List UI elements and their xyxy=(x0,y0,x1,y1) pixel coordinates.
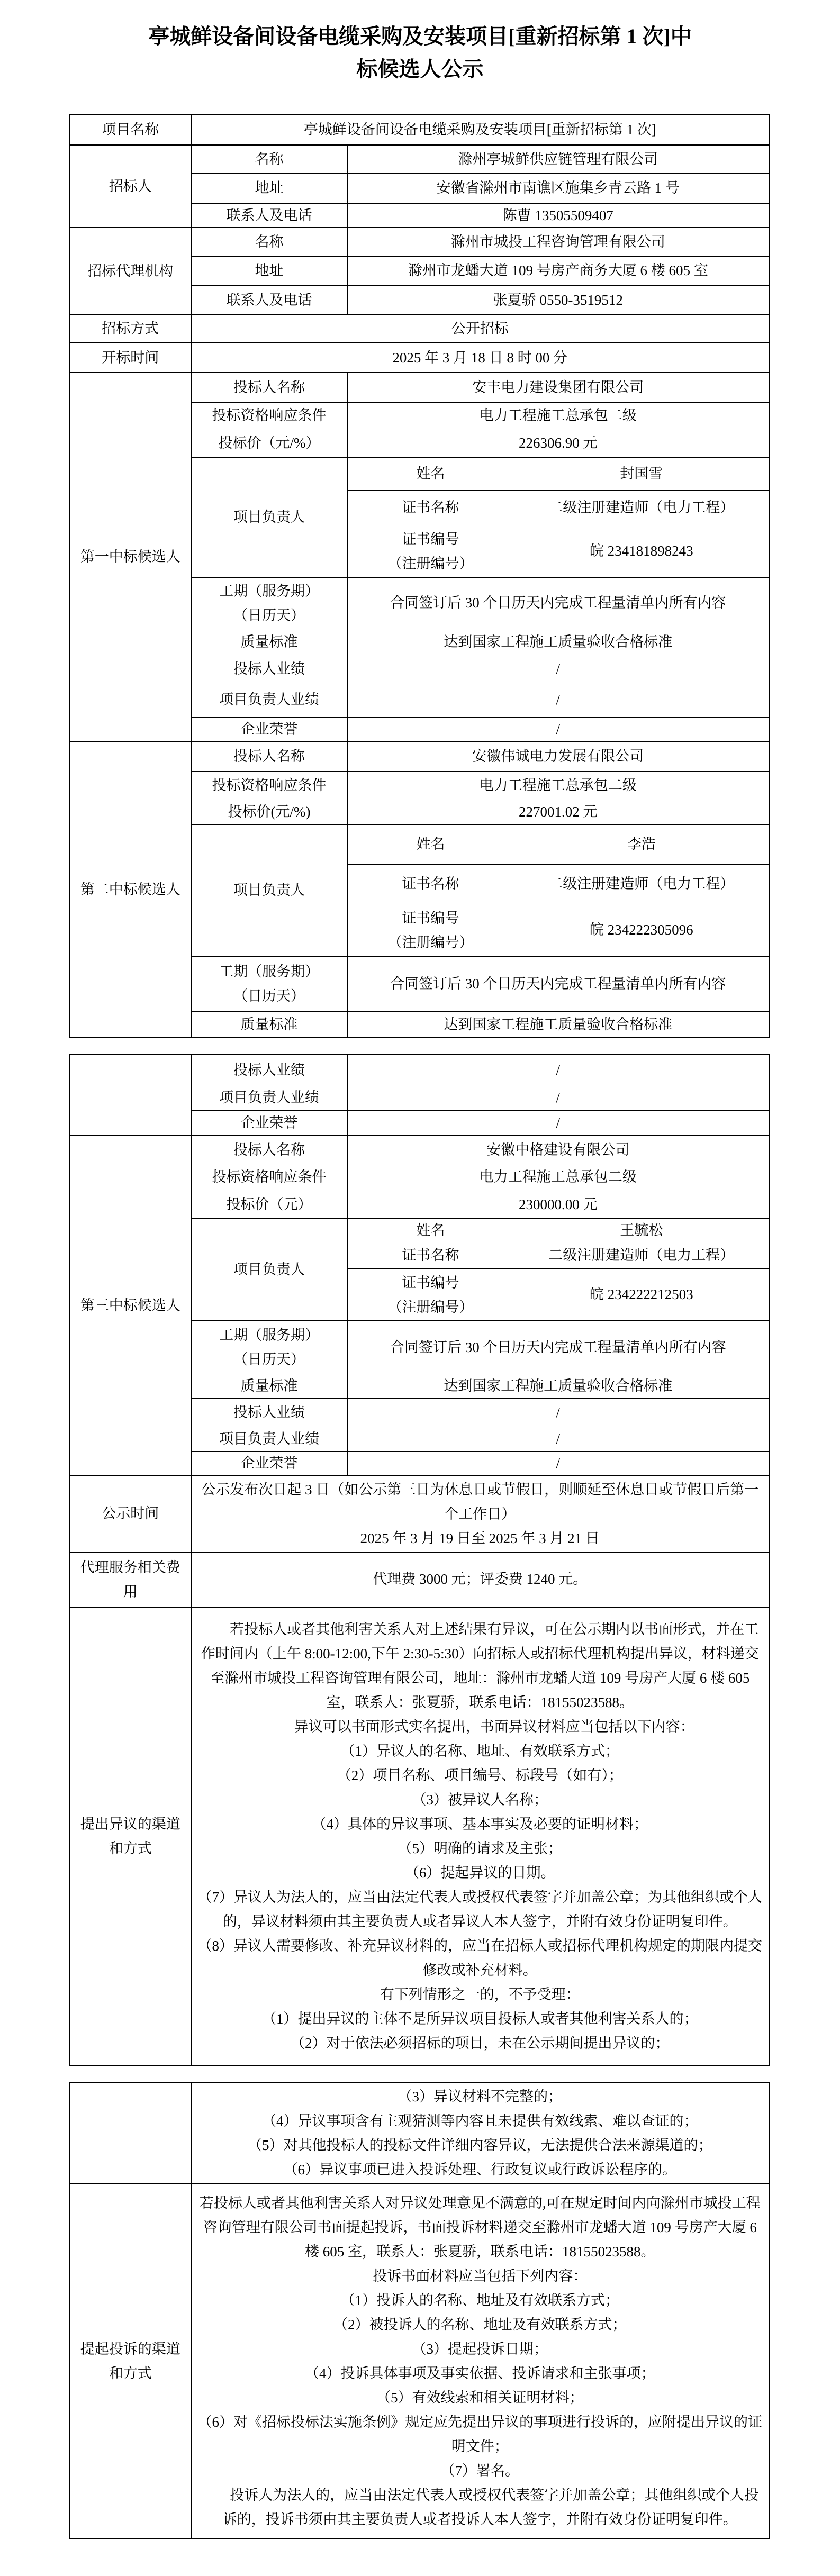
c3-quality-label: 质量标准 xyxy=(191,1374,347,1399)
c2-bidder-name-label: 投标人名称 xyxy=(191,741,347,771)
c1-manager-perf-value: / xyxy=(347,683,769,717)
c1-duration-value: 合同签订后 30 个日历天内完成工程量清单内所有内容 xyxy=(347,577,769,629)
candidate-2-continued-empty-cell xyxy=(69,1055,191,1136)
c1-honor-label: 企业荣誉 xyxy=(191,717,347,741)
c2-honor-label: 企业荣誉 xyxy=(191,1110,347,1136)
agency-section-label: 招标代理机构 xyxy=(69,228,191,315)
bid-announcement-document: 亭城鲜设备间设备电缆采购及安装项目[重新招标第 1 次]中标候选人公示 项目名称… xyxy=(0,0,840,2576)
c3-price-value: 230000.00 元 xyxy=(347,1191,769,1218)
tenderer-name-label: 名称 xyxy=(191,145,347,173)
method-label: 招标方式 xyxy=(69,315,191,343)
method-value: 公开招标 xyxy=(191,315,769,343)
c3-bidder-name-value: 安徽中格建设有限公司 xyxy=(347,1136,769,1164)
c1-cert-name-value: 二级注册建造师（电力工程） xyxy=(514,490,769,525)
c2-manager-perf-label: 项目负责人业绩 xyxy=(191,1085,347,1110)
agency-name-label: 名称 xyxy=(191,228,347,256)
c1-qualification-value: 电力工程施工总承包二级 xyxy=(347,402,769,429)
c3-bidder-perf-label: 投标人业绩 xyxy=(191,1399,347,1427)
c2-duration-label: 工期（服务期）（日历天） xyxy=(191,956,347,1011)
c3-manager-perf-label: 项目负责人业绩 xyxy=(191,1427,347,1452)
c2-cert-no-value: 皖 234222305096 xyxy=(514,904,769,956)
c3-duration-value: 合同签订后 30 个日历天内完成工程量清单内所有内容 xyxy=(347,1321,769,1374)
c3-duration-label: 工期（服务期）（日历天） xyxy=(191,1321,347,1374)
c1-manager-name-value: 封国雪 xyxy=(514,457,769,490)
c2-qualification-value: 电力工程施工总承包二级 xyxy=(347,771,769,800)
main-table-1: 项目名称 亭城鲜设备间设备电缆采购及安装项目[重新招标第 1 次] 招标人 名称… xyxy=(69,114,770,1038)
agency-contact-label: 联系人及电话 xyxy=(191,285,347,315)
c1-manager-name-label: 姓名 xyxy=(347,457,514,490)
agency-fee-value: 代理费 3000 元；评委费 1240 元。 xyxy=(191,1552,769,1607)
c2-cert-no-label: 证书编号（注册编号） xyxy=(347,904,514,956)
c2-manager-perf-value: / xyxy=(347,1085,769,1110)
c2-quality-value: 达到国家工程施工质量验收合格标准 xyxy=(347,1011,769,1038)
objection-continued-empty-cell xyxy=(69,2083,191,2183)
agency-name-value: 滁州市城投工程咨询管理有限公司 xyxy=(347,228,769,256)
c2-bidder-perf-label: 投标人业绩 xyxy=(191,1055,347,1085)
open-time-label: 开标时间 xyxy=(69,343,191,373)
open-time-value: 2025 年 3 月 18 日 8 时 00 分 xyxy=(191,343,769,373)
c1-cert-no-label: 证书编号（注册编号） xyxy=(347,525,514,577)
c1-price-label: 投标价（元/%） xyxy=(191,429,347,457)
c1-cert-name-label: 证书名称 xyxy=(347,490,514,525)
c1-price-value: 226306.90 元 xyxy=(347,429,769,457)
c3-cert-no-value: 皖 234222212503 xyxy=(514,1269,769,1321)
tenderer-address-label: 地址 xyxy=(191,173,347,203)
objection-rejection-continued-text: （3）异议材料不完整的；（4）异议事项含有主观猜测等内容且未提供有效线索、难以查… xyxy=(191,2083,769,2183)
c3-manager-label: 项目负责人 xyxy=(191,1218,347,1321)
publicity-time-label: 公示时间 xyxy=(69,1476,191,1552)
c1-manager-perf-label: 项目负责人业绩 xyxy=(191,683,347,717)
c1-duration-label: 工期（服务期）（日历天） xyxy=(191,577,347,629)
c3-manager-name-value: 王毓松 xyxy=(514,1218,769,1242)
c2-manager-name-value: 李浩 xyxy=(514,824,769,864)
project-name-value: 亭城鲜设备间设备电缆采购及安装项目[重新招标第 1 次] xyxy=(191,115,769,145)
tenderer-name-value: 滁州亭城鲜供应链管理有限公司 xyxy=(347,145,769,173)
c1-bidder-name-value: 安丰电力建设集团有限公司 xyxy=(347,373,769,402)
tenderer-contact-label: 联系人及电话 xyxy=(191,203,347,228)
c3-cert-no-label: 证书编号（注册编号） xyxy=(347,1269,514,1321)
complaint-channel-label: 提起投诉的渠道和方式 xyxy=(69,2183,191,2539)
candidate-3-section-label: 第三中标候选人 xyxy=(69,1136,191,1476)
agency-contact-value: 张夏骄 0550-3519512 xyxy=(347,285,769,315)
project-name-label: 项目名称 xyxy=(69,115,191,145)
publicity-time-value: 公示发布次日起 3 日（如公示第三日为休息日或节假日，则顺延至休息日或节假日后第… xyxy=(191,1476,769,1552)
c3-cert-name-value: 二级注册建造师（电力工程） xyxy=(514,1242,769,1269)
c3-price-label: 投标价（元） xyxy=(191,1191,347,1218)
c1-qualification-label: 投标资格响应条件 xyxy=(191,402,347,429)
main-table-2: 投标人业绩 / 项目负责人业绩 / 企业荣誉 / 第三中标候选人 投标人名称 安… xyxy=(69,1054,770,2066)
c1-bidder-perf-label: 投标人业绩 xyxy=(191,656,347,683)
objection-channel-label: 提出异议的渠道和方式 xyxy=(69,1607,191,2066)
tenderer-section-label: 招标人 xyxy=(69,145,191,228)
complaint-channel-text: 若投标人或者其他利害关系人对异议处理意见不满意的,可在规定时间内向滁州市城投工程… xyxy=(191,2183,769,2539)
c3-honor-label: 企业荣誉 xyxy=(191,1452,347,1476)
c3-bidder-name-label: 投标人名称 xyxy=(191,1136,347,1164)
c2-manager-name-label: 姓名 xyxy=(347,824,514,864)
c2-quality-label: 质量标准 xyxy=(191,1011,347,1038)
c2-qualification-label: 投标资格响应条件 xyxy=(191,771,347,800)
tenderer-contact-value: 陈曹 13505509407 xyxy=(347,203,769,228)
agency-address-label: 地址 xyxy=(191,256,347,285)
c1-bidder-name-label: 投标人名称 xyxy=(191,373,347,402)
c1-quality-label: 质量标准 xyxy=(191,629,347,656)
c3-cert-name-label: 证书名称 xyxy=(347,1242,514,1269)
c3-quality-value: 达到国家工程施工质量验收合格标准 xyxy=(347,1374,769,1399)
main-table-3: （3）异议材料不完整的；（4）异议事项含有主观猜测等内容且未提供有效线索、难以查… xyxy=(69,2082,770,2539)
agency-fee-label: 代理服务相关费用 xyxy=(69,1552,191,1607)
tenderer-address-value: 安徽省滁州市南谯区施集乡青云路 1 号 xyxy=(347,173,769,203)
c3-qualification-value: 电力工程施工总承包二级 xyxy=(347,1164,769,1191)
c2-cert-name-label: 证书名称 xyxy=(347,864,514,904)
candidate-2-section-label: 第二中标候选人 xyxy=(69,741,191,1038)
c3-bidder-perf-value: / xyxy=(347,1399,769,1427)
candidate-1-section-label: 第一中标候选人 xyxy=(69,373,191,741)
c1-quality-value: 达到国家工程施工质量验收合格标准 xyxy=(347,629,769,656)
c2-cert-name-value: 二级注册建造师（电力工程） xyxy=(514,864,769,904)
c2-manager-label: 项目负责人 xyxy=(191,824,347,956)
c2-bidder-perf-value: / xyxy=(347,1055,769,1085)
c2-honor-value: / xyxy=(347,1110,769,1136)
c2-bidder-name-value: 安徽伟诚电力发展有限公司 xyxy=(347,741,769,771)
c1-manager-label: 项目负责人 xyxy=(191,457,347,577)
c2-duration-value: 合同签订后 30 个日历天内完成工程量清单内所有内容 xyxy=(347,956,769,1011)
objection-channel-text: 若投标人或者其他利害关系人对上述结果有异议，可在公示期内以书面形式，并在工作时间… xyxy=(191,1607,769,2066)
c2-price-label: 投标价(元/%) xyxy=(191,800,347,824)
agency-address-value: 滁州市龙蟠大道 109 号房产商务大厦 6 楼 605 室 xyxy=(347,256,769,285)
c3-qualification-label: 投标资格响应条件 xyxy=(191,1164,347,1191)
c3-manager-perf-value: / xyxy=(347,1427,769,1452)
c1-cert-no-value: 皖 234181898243 xyxy=(514,525,769,577)
c2-price-value: 227001.02 元 xyxy=(347,800,769,824)
c1-bidder-perf-value: / xyxy=(347,656,769,683)
c1-honor-value: / xyxy=(347,717,769,741)
c3-honor-value: / xyxy=(347,1452,769,1476)
page-title: 亭城鲜设备间设备电缆采购及安装项目[重新招标第 1 次]中标候选人公示 xyxy=(0,20,840,86)
c3-manager-name-label: 姓名 xyxy=(347,1218,514,1242)
